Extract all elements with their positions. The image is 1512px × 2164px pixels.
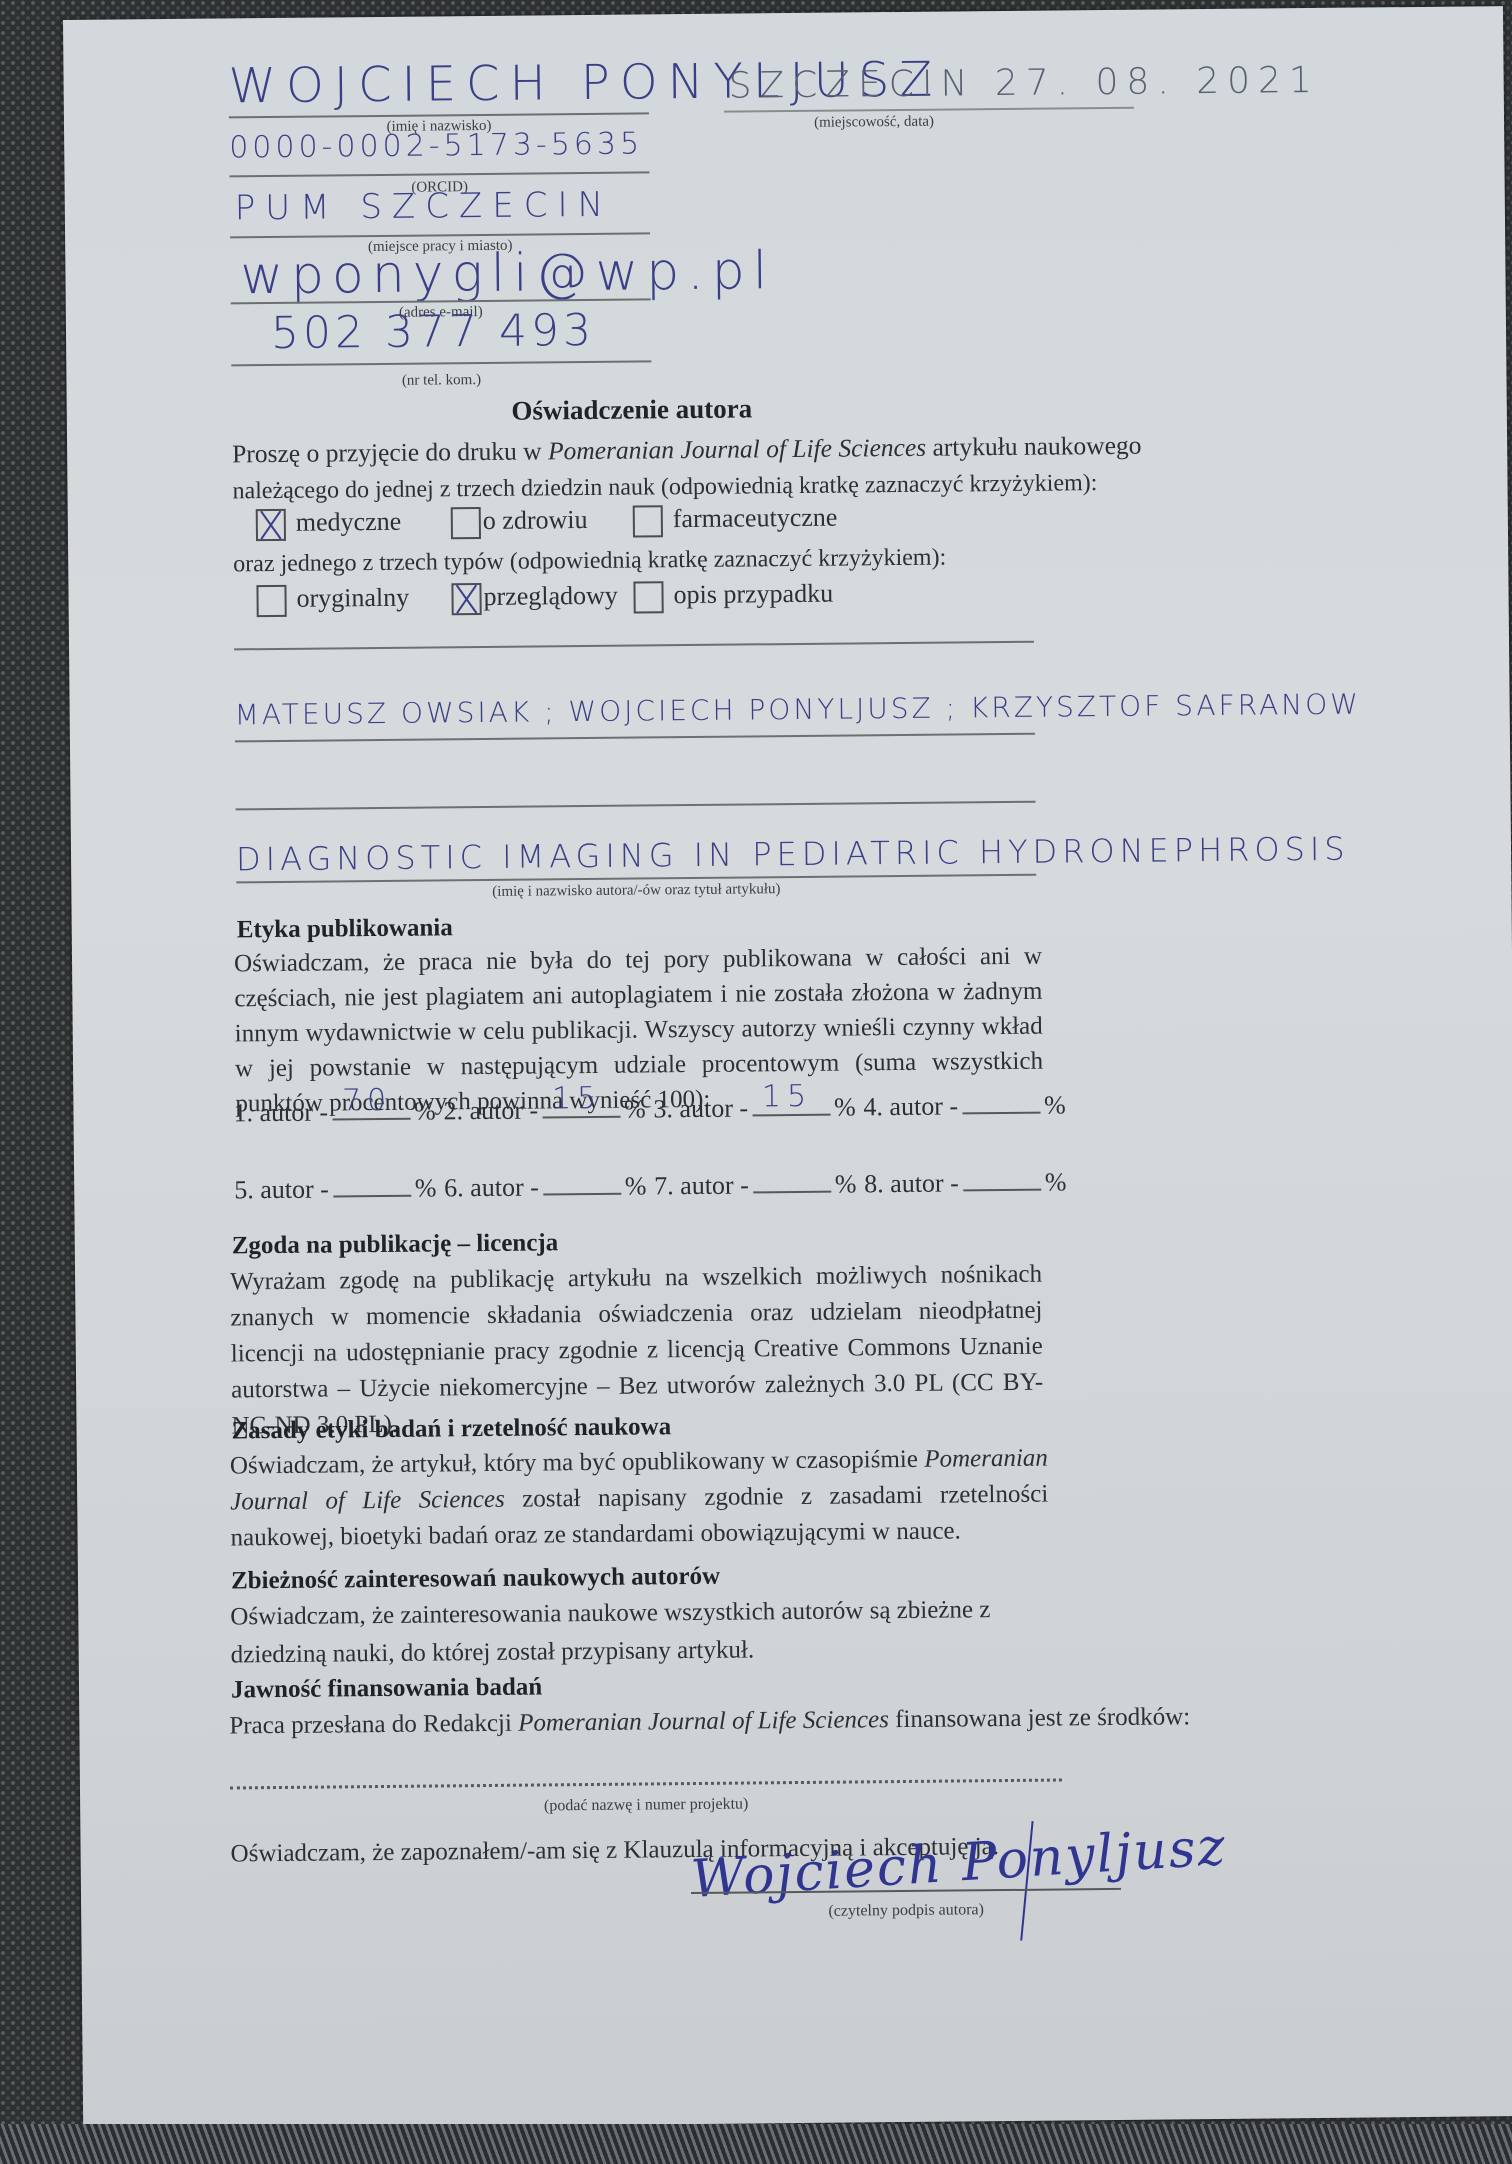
- contribution-percent-field[interactable]: 15: [542, 1090, 620, 1119]
- field-label-health: o zdrowiu: [483, 505, 588, 535]
- contribution-author-6: 6. autor -%: [444, 1166, 647, 1203]
- intro-text-post: artykułu naukowego: [926, 431, 1142, 462]
- contribution-percent-field[interactable]: [753, 1165, 831, 1194]
- integrity-heading: Zasady etyki badań i rzetelność naukowa: [231, 1409, 671, 1449]
- orcid-field[interactable]: 0000-0002-5173-5635: [229, 126, 643, 165]
- field-option-health[interactable]: o zdrowiu: [451, 505, 588, 539]
- field-option-pharma[interactable]: farmaceutyczne: [633, 503, 838, 538]
- percent-sign: %: [414, 1096, 436, 1125]
- type-label-review: przeglądowy: [483, 581, 618, 611]
- phone-underline: [231, 360, 651, 366]
- authors-underline-2: [236, 801, 1036, 811]
- contributions-row-2: 5. autor -%6. autor -%7. autor -%8. auto…: [234, 1163, 1054, 1211]
- percent-sign: %: [624, 1094, 646, 1123]
- types-line: oraz jednego z trzech typów (odpowiednią…: [233, 540, 946, 583]
- contribution-percent-field[interactable]: 70: [332, 1092, 410, 1121]
- phone-field[interactable]: 502 377 493: [271, 305, 595, 359]
- contribution-label: 3. autor -: [653, 1093, 748, 1123]
- field-label-medical: medyczne: [296, 507, 402, 537]
- article-title-field[interactable]: Diagnostic Imaging in Pediatric Hydronep…: [236, 830, 1350, 879]
- contribution-author-2: 2. autor -15%: [443, 1089, 646, 1126]
- integrity-text: Oświadczam, że artykuł, który ma być opu…: [230, 1441, 1049, 1557]
- contribution-label: 4. autor -: [863, 1091, 958, 1121]
- workplace-field[interactable]: PUM Szczecin: [235, 185, 613, 229]
- contribution-author-4: 4. autor -%: [863, 1085, 1066, 1122]
- contribution-value: 15: [552, 1081, 603, 1116]
- checkbox-review[interactable]: [451, 583, 481, 615]
- funding-caption: (podać nazwę i numer projektu): [230, 1792, 1062, 1818]
- ethics-heading: Etyka publikowania: [237, 910, 453, 948]
- contribution-author-1: 1. autor -70%: [233, 1091, 436, 1128]
- type-option-review[interactable]: przeglądowy: [451, 581, 618, 616]
- contribution-percent-field[interactable]: [962, 1086, 1040, 1115]
- authors-field[interactable]: Mateusz Owsiak ; Wojciech Ponyljusz ; Kr…: [235, 688, 1361, 732]
- place-date-field[interactable]: Szczecin 27. 08. 2021: [728, 60, 1320, 107]
- checkbox-pharma[interactable]: [633, 505, 663, 537]
- divider-1: [234, 641, 1034, 651]
- contribution-author-8: 8. autor -%: [864, 1162, 1067, 1199]
- place-date-caption: (miejscowość, data): [724, 113, 1024, 133]
- contribution-label: 5. autor -: [234, 1175, 329, 1205]
- field-option-medical[interactable]: medyczne: [256, 507, 402, 541]
- contribution-percent-field[interactable]: [543, 1167, 621, 1196]
- journal-name: Pomeranian Journal of Life Sciences: [548, 433, 926, 466]
- percent-sign: %: [1044, 1090, 1066, 1119]
- signature-caption: (czytelny podpis autora): [781, 1901, 1031, 1921]
- orcid-underline: [229, 171, 649, 177]
- checkbox-medical[interactable]: [256, 509, 286, 541]
- percent-sign: %: [835, 1169, 857, 1198]
- contribution-label: 2. autor -: [443, 1095, 538, 1125]
- authors-underline: [235, 733, 1035, 743]
- type-label-original: oryginalny: [296, 583, 409, 613]
- email-field[interactable]: wponygli@wp.pl: [240, 241, 775, 306]
- funding-text-pre: Praca przesłana do Redakcji: [229, 1710, 518, 1740]
- authors-caption: (imię i nazwisko autora/-ów oraz tytuł a…: [236, 879, 1036, 904]
- contribution-percent-field[interactable]: [963, 1163, 1041, 1192]
- phone-caption: (nr tel. kom.): [231, 370, 651, 391]
- contribution-label: 6. autor -: [444, 1172, 539, 1202]
- contribution-percent-field[interactable]: 15: [752, 1088, 830, 1117]
- license-heading: Zgoda na publikację – licencja: [232, 1225, 559, 1264]
- contribution-label: 8. autor -: [864, 1168, 959, 1198]
- type-option-case[interactable]: opis przypadku: [633, 579, 833, 614]
- percent-sign: %: [1045, 1167, 1067, 1196]
- checkbox-health[interactable]: [451, 507, 481, 539]
- funding-heading: Jawność finansowania badań: [231, 1669, 543, 1708]
- checkbox-case-report[interactable]: [633, 581, 663, 613]
- type-option-original[interactable]: oryginalny: [256, 583, 409, 617]
- interests-heading: Zbieżność zainteresowań naukowych autoró…: [231, 1559, 720, 1600]
- percent-sign: %: [834, 1092, 856, 1121]
- type-label-case: opis przypadku: [673, 579, 833, 610]
- contribution-percent-field[interactable]: [333, 1169, 411, 1198]
- funding-source-field[interactable]: [230, 1778, 1062, 1789]
- integrity-text-pre: Oświadczam, że artykuł, który ma być opu…: [230, 1446, 925, 1480]
- contribution-author-5: 5. autor -%: [234, 1168, 437, 1205]
- percent-sign: %: [625, 1171, 647, 1200]
- field-label-pharma: farmaceutyczne: [673, 503, 838, 534]
- checkbox-original[interactable]: [256, 585, 286, 617]
- intro-text-pre: Proszę o przyjęcie do druku w: [232, 436, 548, 468]
- contribution-value: 70: [342, 1083, 393, 1118]
- form-sheet: Wojciech Ponyljusz (imię i nazwisko) 000…: [63, 6, 1512, 2130]
- contribution-label: 1. autor -: [233, 1098, 328, 1128]
- funding-text-post: finansowana jest ze środków:: [889, 1703, 1191, 1733]
- intro-line-2: należącego do jednej z trzech dziedzin n…: [232, 465, 1097, 509]
- contribution-label: 7. autor -: [654, 1170, 749, 1200]
- page-title: Oświadczenie autora: [67, 389, 1197, 431]
- contributions-row-1: 1. autor -70%2. autor -15%3. autor -15%4…: [233, 1086, 1053, 1134]
- interests-text: Oświadczam, że zainteresowania naukowe w…: [230, 1591, 1049, 1675]
- contribution-value: 15: [762, 1079, 813, 1114]
- funding-journal: Pomeranian Journal of Life Sciences: [518, 1706, 889, 1737]
- background-fabric: [0, 2124, 1512, 2164]
- percent-sign: %: [415, 1173, 437, 1202]
- contribution-author-3: 3. autor -15%: [653, 1087, 856, 1124]
- contribution-author-7: 7. autor -%: [654, 1164, 857, 1201]
